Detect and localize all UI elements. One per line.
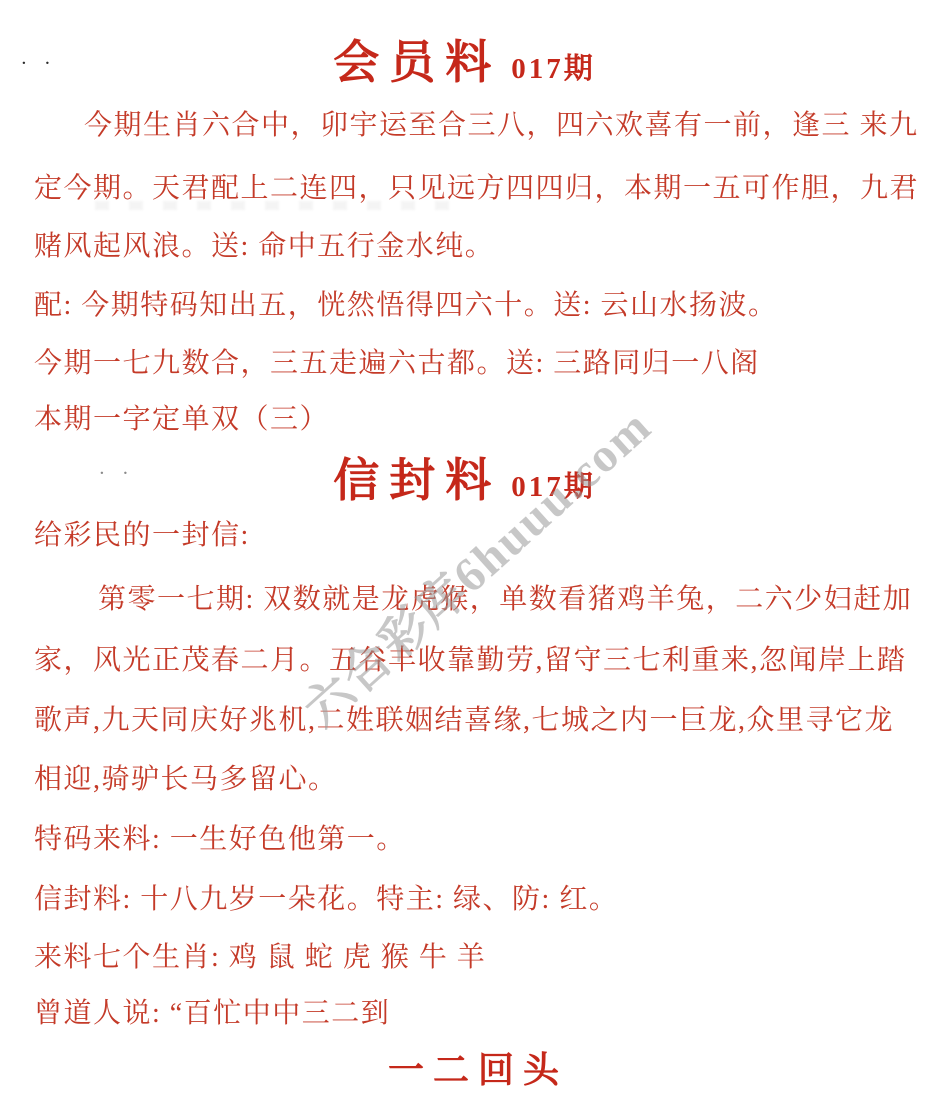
member-line: 本期一字定单双（三） xyxy=(34,397,329,437)
letter-line: 第零一七期: 双数就是龙虎猴，单数看猪鸡羊兔，二六少妇赶加 xyxy=(98,577,912,617)
envelope-section-title: 信封料 017期 xyxy=(0,444,929,510)
envelope-issue-number: 017期 xyxy=(511,471,596,503)
quote-line: 曾道人说: “百忙中中三二到 xyxy=(34,991,390,1031)
zodiac-line: 来料七个生肖: 鸡 鼠 蛇 虎 猴 牛 羊 xyxy=(34,935,486,975)
member-line: 赌风起风浪。送: 命中五行金水纯。 xyxy=(34,224,494,264)
member-line: 定今期。天君配上二连四，只见远方四四归，本期一五可作胆，九君 xyxy=(34,166,919,206)
special-code-line: 特码来料: 一生好色他第一。 xyxy=(34,817,406,857)
member-section-title: 会员料 017期 xyxy=(0,26,929,92)
lottery-tip-sheet-page: . . 会员料 017期 今期生肖六合中，卯宇运至合三八，四六欢喜有一前，逢三 … xyxy=(0,0,929,1105)
member-issue-number: 017期 xyxy=(511,53,596,85)
letter-line: 相迎,骑驴长马多留心。 xyxy=(34,757,338,797)
member-title-text: 会员料 xyxy=(333,37,501,88)
envelope-tip-line: 信封料: 十八九岁一朵花。特主: 绿、防: 红。 xyxy=(34,877,618,917)
footer-phrase: 一二回头 xyxy=(388,1042,568,1093)
envelope-title-text: 信封料 xyxy=(333,455,501,506)
letter-line: 家，风光正茂春二月。五谷丰收靠勤劳,留守三七利重来,忽闻岸上踏 xyxy=(34,638,907,678)
letter-heading: 给彩民的一封信: xyxy=(34,513,250,553)
member-line: 配: 今期特码知出五，恍然悟得四六十。送: 云山水扬波。 xyxy=(34,283,778,323)
site-watermark: 六合彩库6huuu.com xyxy=(286,390,664,740)
member-line: 今期生肖六合中，卯宇运至合三八，四六欢喜有一前，逢三 来九 xyxy=(84,103,919,143)
letter-line: 歌声,九天同庆好兆机,二姓联姻结喜缘,七城之内一巨龙,众里寻它龙 xyxy=(34,698,894,738)
member-line: 今期一七九数合，三五走遍六古都。送: 三路同归一八阁 xyxy=(34,341,760,381)
